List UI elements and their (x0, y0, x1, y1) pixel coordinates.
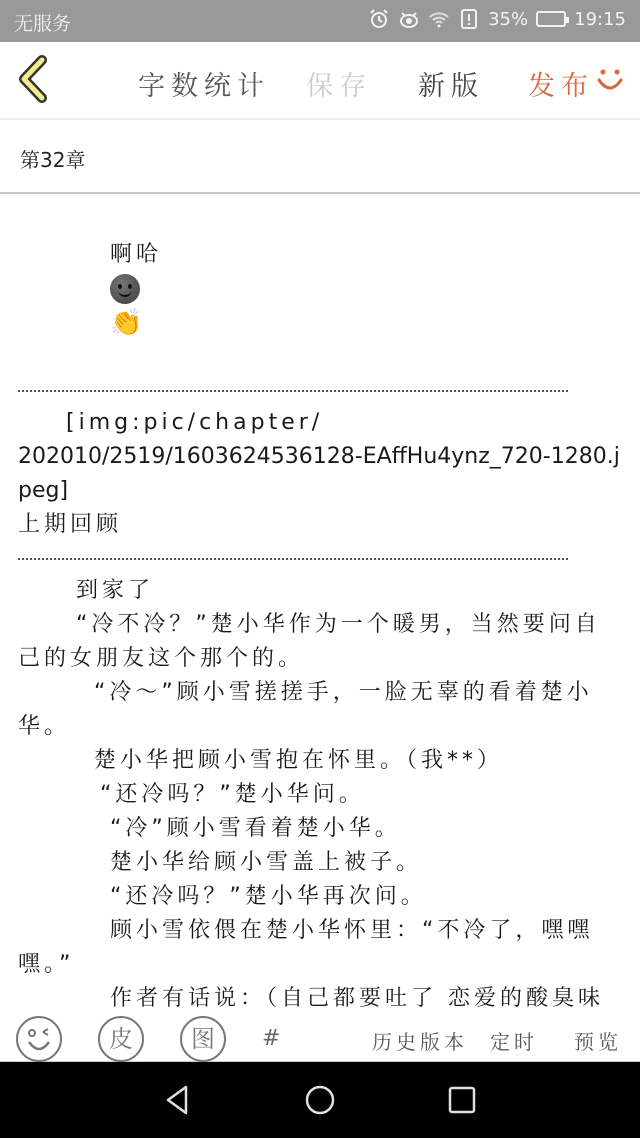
bottom-action-bar: 皮 图 # 历史版本 定时 预览 (0, 1010, 640, 1062)
paragraph: 楚小华把顾小雪抱在怀里。（我**） (18, 744, 624, 778)
chapter-title-field[interactable]: 第32章 (0, 120, 640, 194)
dotted-divider (18, 390, 568, 392)
recap-label: 上期回顾 (18, 508, 624, 542)
status-icons: 35% 19:15 (368, 8, 626, 30)
recent-square-icon[interactable] (446, 1084, 478, 1116)
system-navigation-bar (0, 1062, 640, 1138)
chapter-title: 第32章 (20, 144, 85, 173)
new-version-button[interactable]: 新版 (418, 64, 484, 103)
chevron-left-icon (14, 54, 54, 104)
dark-smiley-emoji-icon (110, 274, 140, 304)
paragraph: 楚小华给顾小雪盖上被子。 (18, 846, 624, 880)
image-ref-line-1: [img:pic/chapter/ (18, 406, 624, 440)
back-button[interactable] (14, 54, 54, 104)
schedule-button[interactable]: 定时 (490, 1026, 538, 1055)
carrier-text: 无服务 (14, 9, 71, 36)
word-count-button[interactable]: 字数统计 (138, 64, 270, 103)
preview-button[interactable]: 预览 (574, 1026, 622, 1055)
paragraph: “还冷吗？”楚小华再次问。 (18, 880, 624, 914)
clapping-hands-emoji-icon: 👏 (110, 306, 146, 340)
smile-icon[interactable] (594, 64, 626, 96)
save-button[interactable]: 保存 (306, 64, 372, 103)
skin-label: 皮 (109, 1025, 133, 1053)
paragraph: 顾小雪依偎在楚小华怀里：“不冷了，嘿嘿嘿。” (18, 914, 624, 982)
back-triangle-icon[interactable] (162, 1084, 194, 1116)
battery-percent: 35% (488, 9, 528, 30)
alarm-icon (368, 8, 390, 30)
intro-line: 啊哈 👏 (18, 204, 624, 374)
paragraph: “还冷吗？”楚小华问。 (18, 778, 624, 812)
emoji-button[interactable] (16, 1016, 62, 1062)
paragraph: “冷～”顾小雪搓搓手，一脸无辜的看着楚小华。 (18, 676, 624, 744)
skin-button[interactable]: 皮 (98, 1016, 144, 1062)
wink-face-icon (18, 1018, 60, 1060)
status-bar: 无服务 35% 19:15 (0, 0, 640, 42)
clock-time: 19:15 (574, 9, 626, 30)
paragraph: 到家了 (18, 574, 624, 608)
chapter-editor[interactable]: 啊哈 👏 [img:pic/chapter/ 202010/2519/16036… (18, 196, 624, 1006)
publish-button[interactable]: 发布 (528, 64, 594, 103)
image-label: 图 (191, 1025, 215, 1053)
insert-image-button[interactable]: 图 (180, 1016, 226, 1062)
wifi-icon (428, 8, 450, 30)
hashtag-button[interactable]: # (262, 1026, 280, 1051)
paragraph: “冷”顾小雪看着楚小华。 (18, 812, 624, 846)
intro-text: 啊哈 (110, 242, 162, 267)
sim-alert-icon (458, 8, 480, 30)
editor-toolbar: 字数统计 保存 新版 发布 (0, 42, 640, 120)
dotted-divider (18, 558, 568, 560)
paragraph: “冷不冷？”楚小华作为一个暖男，当然要问自己的女朋友这个那个的。 (18, 608, 624, 676)
home-circle-icon[interactable] (304, 1084, 336, 1116)
image-ref-line-2: 202010/2519/1603624536128-EAffHu4ynz_720… (18, 440, 624, 508)
history-versions-button[interactable]: 历史版本 (372, 1026, 468, 1055)
battery-icon (536, 11, 566, 27)
eye-icon (398, 8, 420, 30)
